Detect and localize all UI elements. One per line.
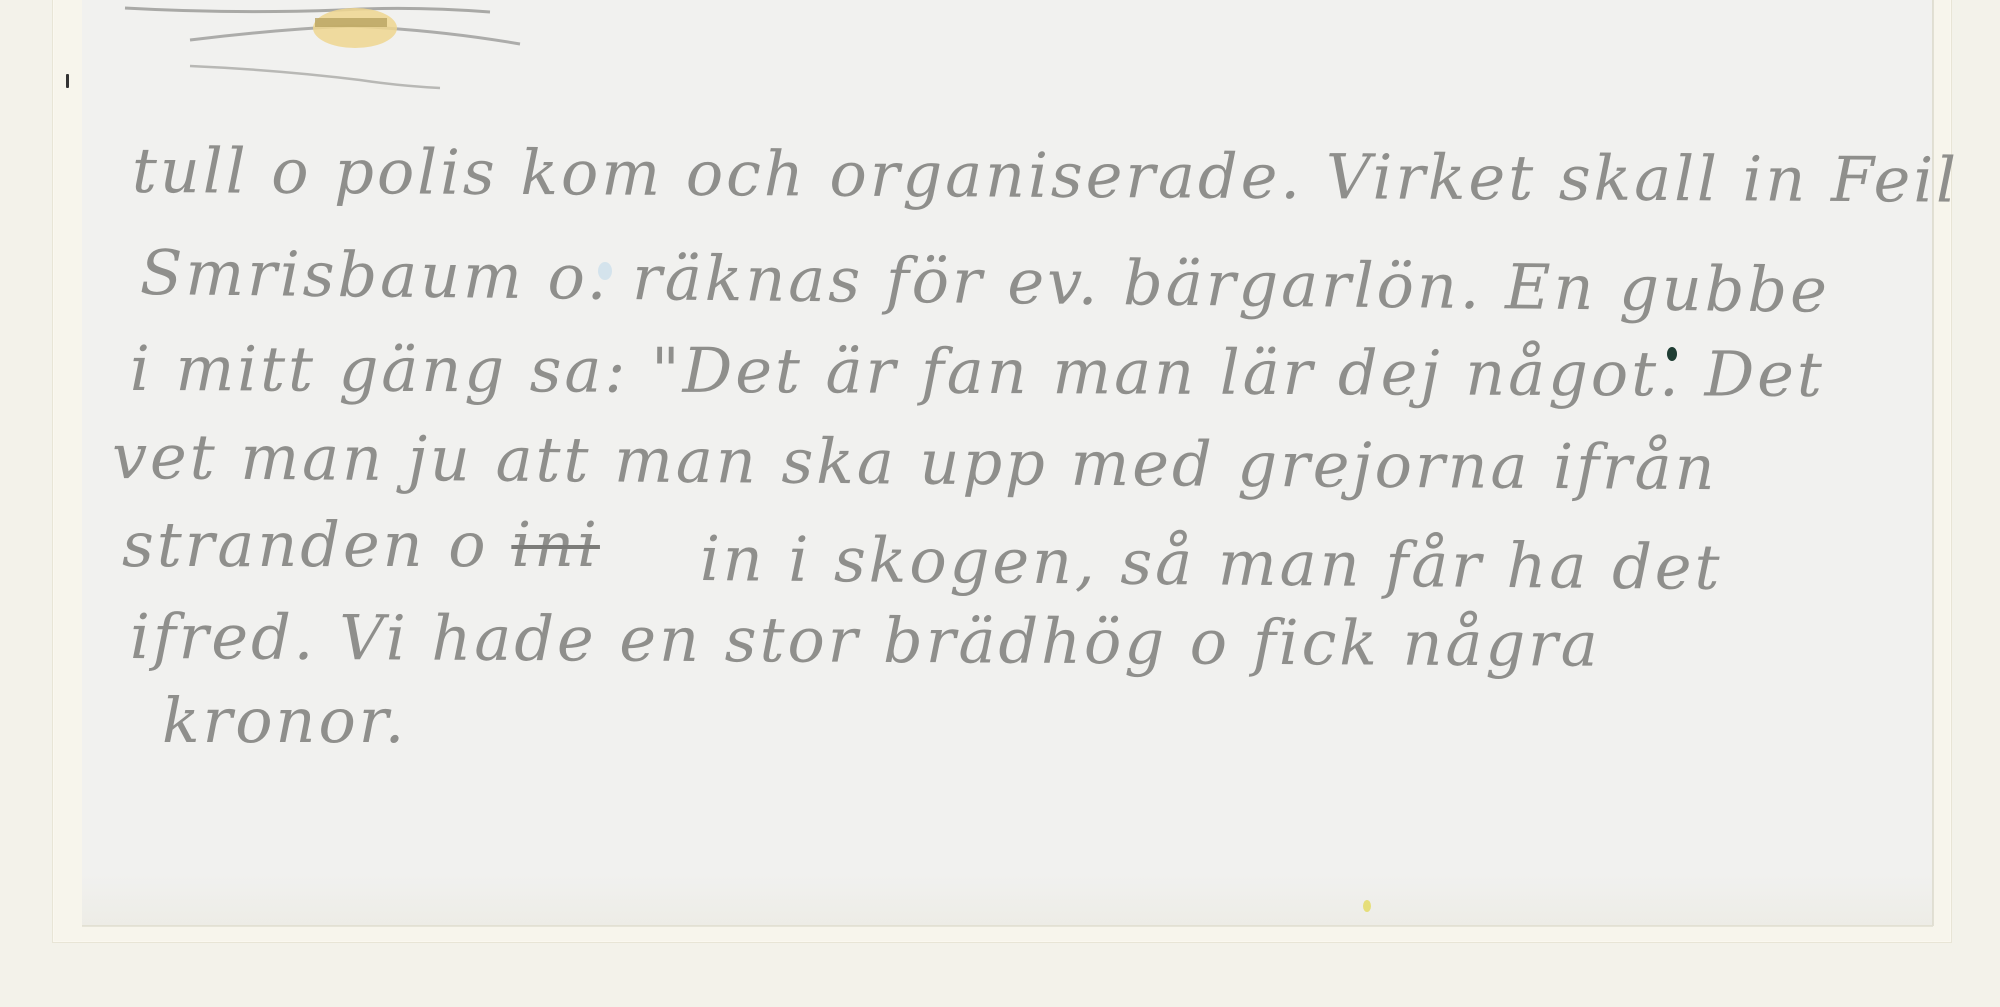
text-line-5: stranden o ini: [122, 514, 600, 576]
line-5-start: stranden o: [122, 508, 489, 581]
text-line-4: vet man ju att man ska upp med grejorna …: [112, 426, 1718, 499]
text-line-2: Smrisbaum o. räknas för ev. bärgarlön. E…: [140, 242, 1831, 322]
text-line-5-cont: in i skogen, så man får ha det: [700, 528, 1723, 599]
framed-document: tull o polis kom och organiserade. Virke…: [0, 0, 2000, 1007]
struck-out-word: ini: [511, 508, 600, 581]
text-line-1: tull o polis kom och organiserade. Virke…: [132, 140, 1959, 212]
text-line-7: kronor.: [162, 690, 407, 752]
text-line-6: ifred. Vi hade en stor brädhög o fick nå…: [130, 606, 1601, 676]
text-line-3: i mitt gäng sa: "Det är fan man lär dej …: [130, 338, 1825, 406]
handwritten-text: tull o polis kom och organiserade. Virke…: [0, 0, 2000, 1007]
